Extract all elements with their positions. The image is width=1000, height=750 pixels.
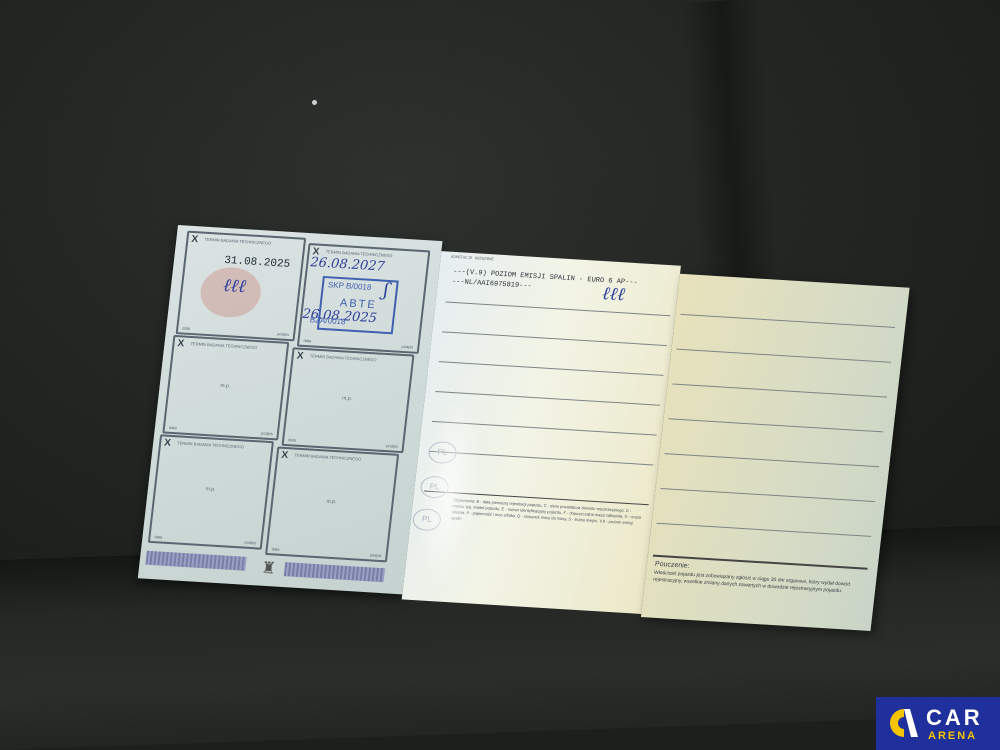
inspection-box-1: X TERMIN BADANIA TECHNICZNEGO 31.08.2025… — [176, 231, 307, 342]
footer-label-signature: podpis — [261, 430, 273, 436]
x-mark: X — [296, 351, 304, 362]
page-header: ADNOTACJE URZĘDOWE — [450, 256, 494, 263]
footer-label-date: data — [288, 437, 296, 442]
box-header: TERMIN BADANIA TECHNICZNEGO — [294, 453, 361, 462]
car-arena-logo: CAR ARENA — [876, 697, 1000, 750]
notice-page: Pouczenie: Właściciel pojazdu jest zobow… — [641, 274, 910, 631]
stamp-title: SKP B/0018 — [327, 280, 371, 292]
stamp-place-label: m.p. — [205, 486, 215, 493]
logo-text-car: CAR — [926, 705, 983, 731]
box-header: TERMIN BADANIA TECHNICZNEGO — [310, 353, 377, 362]
inspection-box-6: X TERMIN BADANIA TECHNICZNEGO m.p. data … — [265, 446, 399, 562]
footer-label-date: data — [154, 534, 162, 539]
inspection-box-2: X TERMIN BADANIA TECHNICZNEGO 26.08.2027… — [297, 243, 431, 354]
footer-label-date: data — [169, 425, 177, 430]
notice-title: Pouczenie: — [655, 561, 690, 570]
logo-text-arena: ARENA — [928, 730, 977, 742]
box-header: TERMIN BADANIA TECHNICZNEGO — [177, 440, 244, 449]
x-mark: X — [164, 438, 172, 449]
eagle-emblem-icon: ♜ — [258, 558, 278, 581]
x-mark: X — [177, 338, 185, 349]
footer-label-signature: podpis — [370, 552, 382, 558]
footer-label-date: data — [182, 325, 190, 330]
footer-label-signature: podpis — [401, 344, 413, 350]
footer-label-date: data — [271, 546, 279, 551]
stamp-place-label: m.p. — [220, 383, 230, 390]
footer-label-date: data — [303, 338, 311, 343]
stamp-place-label: m.p. — [326, 499, 336, 506]
stamp-place-label: m.p. — [342, 395, 352, 402]
signature: ℓℓℓ — [601, 283, 626, 305]
x-mark: X — [191, 234, 199, 245]
footer-label-signature: podpis — [277, 331, 289, 337]
registration-document: X TERMIN BADANIA TECHNICZNEGO 31.08.2025… — [135, 225, 911, 643]
inspection-page: X TERMIN BADANIA TECHNICZNEGO 31.08.2025… — [138, 225, 443, 594]
handwritten-date: 26.08.2027 — [310, 255, 386, 274]
inspection-box-5: X TERMIN BADANIA TECHNICZNEGO m.p. data … — [148, 434, 274, 549]
security-bar-left — [145, 551, 246, 571]
box-header: TERMIN BADANIA TECHNICZNEGO — [190, 341, 257, 350]
car-arena-logo-icon — [890, 707, 918, 739]
footer-label-signature: podpis — [386, 443, 398, 449]
signature: ℓℓℓ — [222, 275, 247, 297]
footer-label-signature: podpis — [244, 540, 256, 546]
inspection-box-4: X TERMIN BADANIA TECHNICZNEGO m.p. data … — [282, 347, 415, 453]
box-header: TERMIN BADANIA TECHNICZNEGO — [204, 237, 271, 246]
lint-speck — [312, 100, 317, 105]
stamp-number: BZA/0018 — [309, 315, 346, 326]
x-mark: X — [281, 450, 289, 461]
notice-text: Właściciel pojazdu jest zobowiązany zgło… — [653, 570, 864, 597]
security-bar-right — [284, 562, 385, 582]
inspection-box-3: X TERMIN BADANIA TECHNICZNEGO m.p. data … — [162, 335, 289, 441]
